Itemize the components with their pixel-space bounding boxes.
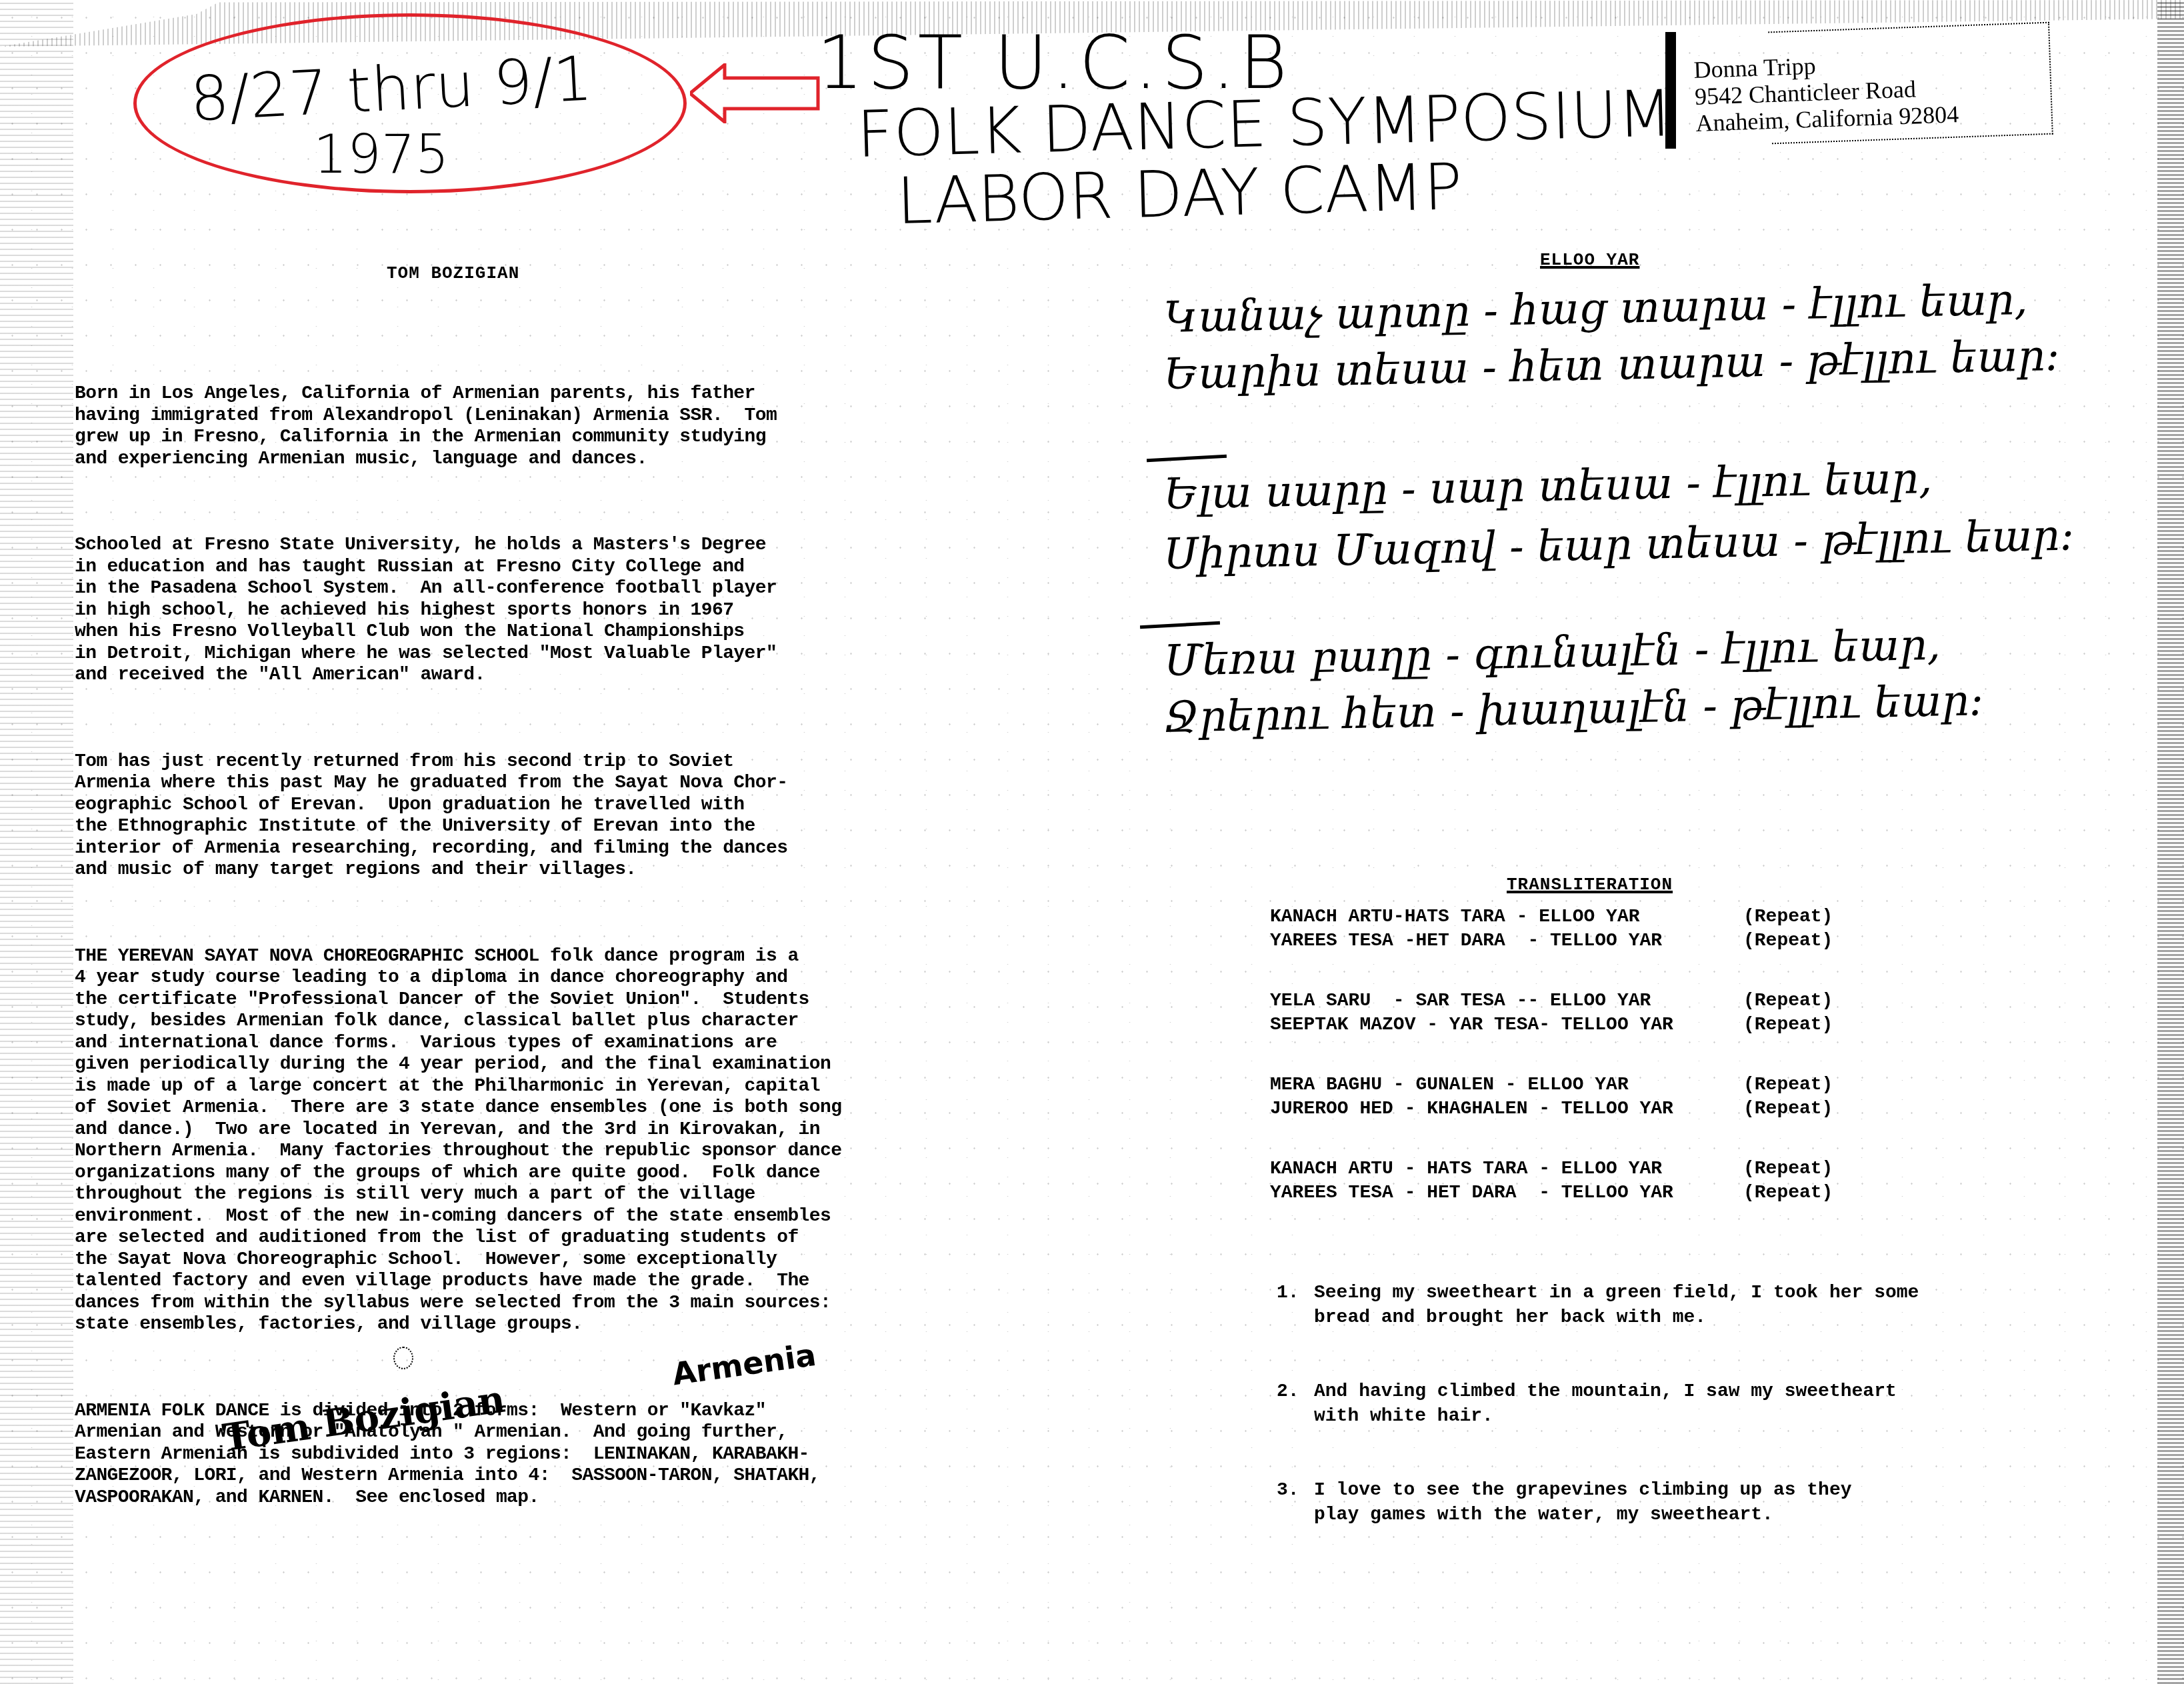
- armenian-lyric-line: Մեռա բաղը - գունալէն - էլլու եար,: [1163, 621, 1941, 686]
- armenian-lyric-line: Եարիս տեսա - հետ տարա - թէլլու եար:: [1163, 331, 2060, 399]
- bio-title: TOM BOZIGIAN: [387, 263, 519, 283]
- armenian-lyric-line: Կանաչ արտը - հաց տարա - էլլու եար,: [1163, 275, 2028, 343]
- translation-item: 2.And having climbed the mountain, I saw…: [1277, 1379, 1919, 1429]
- address-label-bar: [1665, 32, 1676, 149]
- red-arrow-icon: [690, 63, 823, 123]
- armenian-lyric-line: Սիրտս Մազով - եար տեսա - թէլլու եար:: [1163, 511, 2075, 579]
- scan-edge-left: [0, 0, 73, 1684]
- handwritten-event-line3: LABOR DAY CAMP: [896, 149, 1463, 239]
- bio-body: Born in Los Angeles, California of Armen…: [75, 340, 1008, 1552]
- address-label: Donna Tripp 9542 Chanticleer Road Anahei…: [1693, 47, 1959, 137]
- stanza-divider: [1147, 455, 1227, 462]
- scan-edge-right: [2157, 0, 2184, 1684]
- armenian-lyric-line: Ելա սարը - սար տեսա - էլլու եար,: [1163, 454, 1933, 519]
- transliteration-row: YAREES TESA -HET DARA - TELLOO YAR(Repea…: [1270, 929, 1833, 953]
- small-circle-mark: [393, 1347, 413, 1369]
- transliteration-row: YELA SARU - SAR TESA -- ELLOO YAR(Repeat…: [1270, 989, 1833, 1013]
- transliteration-row: KANACH ARTU - HATS TARA - ELLOO YAR(Repe…: [1270, 1157, 1833, 1181]
- bio-paragraph: Schooled at Fresno State University, he …: [75, 535, 1008, 687]
- armenian-lyric-line: Ջրերու հետ - խաղալէն - թէլլու եար:: [1163, 676, 1984, 743]
- transliteration-row: JUREROO HED - KHAGHALEN - TELLOO YAR(Rep…: [1270, 1097, 1833, 1121]
- bio-paragraph: THE YEREVAN SAYAT NOVA CHOREOGRAPHIC SCH…: [75, 946, 1008, 1336]
- bio-paragraph: Tom has just recently returned from his …: [75, 751, 1008, 881]
- transliteration-title: TRANSLITERATION: [1507, 875, 1673, 895]
- transliteration-row: SEEPTAK MAZOV - YAR TESA- TELLOO YAR(Rep…: [1270, 1013, 1833, 1037]
- handwritten-year: 1975: [313, 123, 449, 185]
- bio-paragraph: Born in Los Angeles, California of Armen…: [75, 383, 1008, 470]
- transliteration-row: KANACH ARTU-HATS TARA - ELLOO YAR(Repeat…: [1270, 905, 1833, 929]
- bio-paragraph: ARMENIA FOLK DANCE is divided into 2 for…: [75, 1401, 1008, 1509]
- translation-list: 1.Seeing my sweetheart in a green field,…: [1277, 1231, 1919, 1552]
- transliteration-row: YAREES TESA - HET DARA - TELLOO YAR(Repe…: [1270, 1181, 1833, 1205]
- stanza-divider: [1140, 621, 1220, 629]
- translation-item: 1.Seeing my sweetheart in a green field,…: [1277, 1281, 1919, 1330]
- transliteration-block: KANACH ARTU-HATS TARA - ELLOO YAR(Repeat…: [1270, 905, 1833, 1205]
- transliteration-row: MERA BAGHU - GUNALEN - ELLOO YAR(Repeat): [1270, 1073, 1833, 1097]
- song-title: ELLOO YAR: [1540, 250, 1639, 270]
- translation-item: 3.I love to see the grapevines climbing …: [1277, 1478, 1919, 1527]
